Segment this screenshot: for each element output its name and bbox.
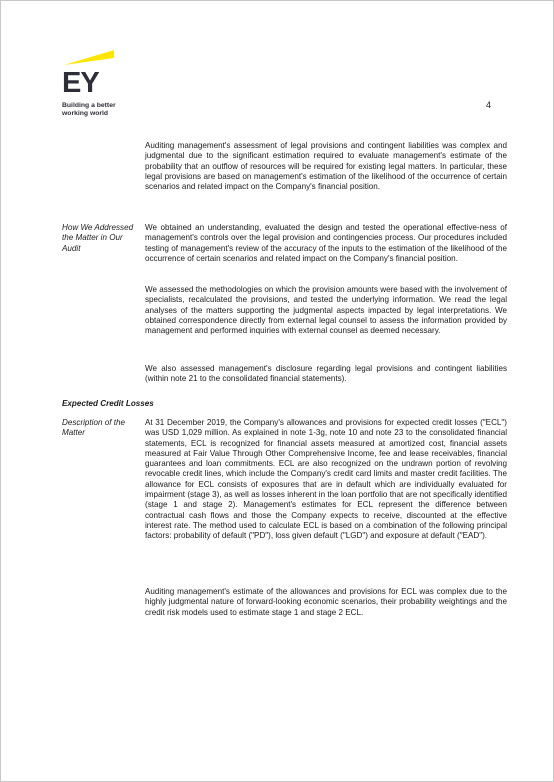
logo-mark: EY bbox=[62, 68, 99, 98]
ecl-paragraph-2: Auditing management's estimate of the al… bbox=[145, 587, 507, 618]
section-title-ecl: Expected Credit Losses bbox=[62, 399, 154, 408]
how-paragraph-1: We obtained an understanding, evaluated … bbox=[145, 223, 507, 264]
yellow-beam-icon bbox=[62, 48, 116, 68]
legal-intro-paragraph: Auditing management's assessment of lega… bbox=[145, 141, 507, 192]
how-addressed-label: How We Addressed the Matter in Our Audit bbox=[62, 223, 134, 254]
how-paragraph-3: We also assessed management's disclosure… bbox=[145, 364, 507, 385]
page bbox=[0, 0, 554, 782]
ecl-paragraph-1: At 31 December 2019, the Company's allow… bbox=[145, 418, 507, 542]
description-label: Description of the Matter bbox=[62, 418, 134, 439]
page-number: 4 bbox=[486, 100, 491, 110]
logo-tagline: Building a better working world bbox=[62, 102, 142, 117]
how-paragraph-2: We assessed the methodologies on which t… bbox=[145, 285, 507, 336]
